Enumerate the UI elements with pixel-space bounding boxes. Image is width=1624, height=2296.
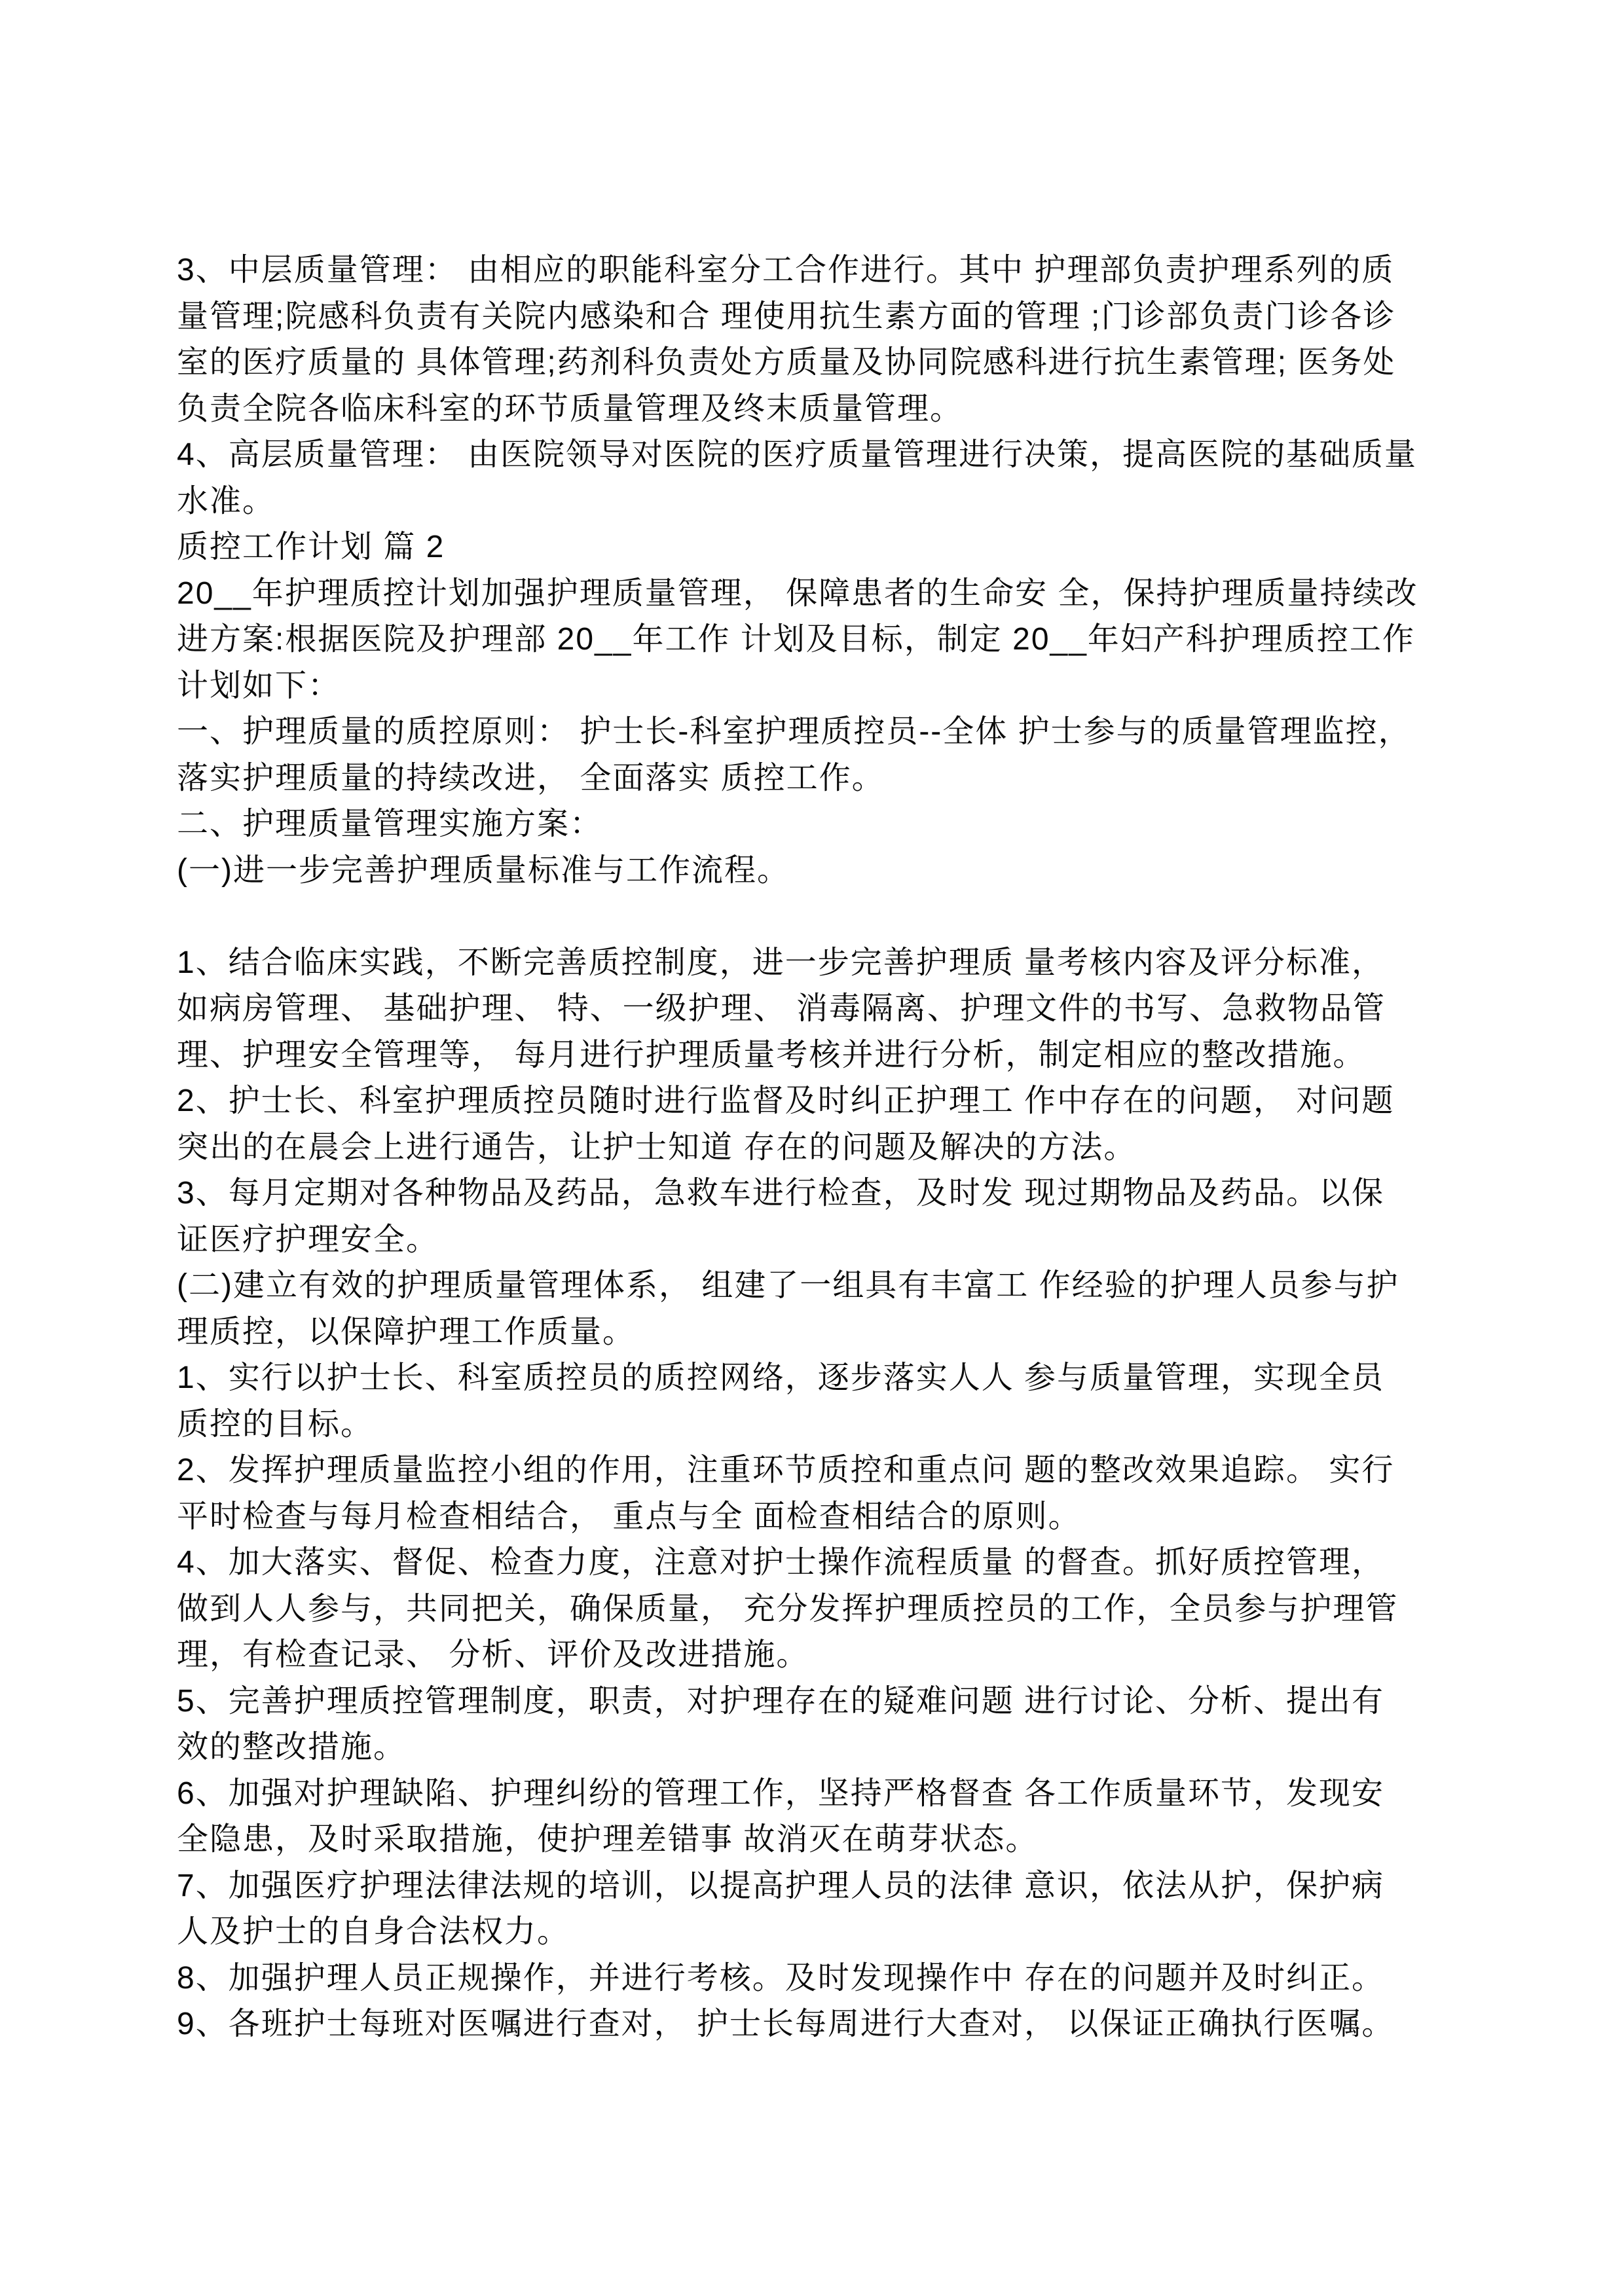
item-3-middle-level-management: 3、中层质量管理： 由相应的职能科室分工合作进行。其中 护理部负责护理系列的质量… [177, 247, 1460, 432]
text-line: 2、发挥护理质量监控小组的作用，注重环节质控和重点问 题的整改效果追踪。 实行 [177, 1448, 1460, 1494]
text-line: 水准。 [177, 479, 1460, 525]
sub1-item-1: 1、结合临床实践，不断完善质控制度，进一步完善护理质 量考核内容及评分标准，如病… [177, 940, 1460, 1079]
text-line: 一、护理质量的质控原则： 护士长-科室护理质控员--全体 护士参与的质量管理监控… [177, 709, 1460, 756]
document-body: 3、中层质量管理： 由相应的职能科室分工合作进行。其中 护理部负责护理系列的质量… [177, 247, 1460, 2048]
section-2-implementation-plan: 二、护理质量管理实施方案： [177, 801, 1460, 848]
item-4-top-level-management: 4、高层质量管理： 由医院领导对医院的医疗质量管理进行决策，提高医院的基础质量水… [177, 432, 1460, 524]
text-line: 平时检查与每月检查相结合， 重点与全 面检查相结合的原则。 [177, 1494, 1460, 1540]
text-line: 5、完善护理质控管理制度，职责，对护理存在的疑难问题 进行讨论、分析、提出有 [177, 1679, 1460, 1725]
page: 3、中层质量管理： 由相应的职能科室分工合作进行。其中 护理部负责护理系列的质量… [0, 0, 1624, 2296]
sub2-item-6: 6、加强对护理缺陷、护理纠纷的管理工作，坚持严格督查 各工作质量环节，发现安全隐… [177, 1771, 1460, 1863]
text-line: 7、加强医疗护理法律法规的培训，以提高护理人员的法律 意识，依法从护，保护病 [177, 1863, 1460, 1910]
text-line [177, 894, 1460, 940]
text-line: 1、结合临床实践，不断完善质控制度，进一步完善护理质 量考核内容及评分标准， [177, 940, 1460, 987]
blank-line-spacer [177, 894, 1460, 940]
sub2-item-2: 2、发挥护理质量监控小组的作用，注重环节质控和重点问 题的整改效果追踪。 实行平… [177, 1448, 1460, 1540]
section-1-qc-principles: 一、护理质量的质控原则： 护士长-科室护理质控员--全体 护士参与的质量管理监控… [177, 709, 1460, 801]
sub1-item-2: 2、护士长、科室护理质控员随时进行监督及时纠正护理工 作中存在的问题， 对问题突… [177, 1078, 1460, 1171]
text-line: (二)建立有效的护理质量管理体系， 组建了一组具有丰富工 作经验的护理人员参与护 [177, 1263, 1460, 1309]
text-line: 质控工作计划 篇 2 [177, 524, 1460, 571]
sub2-item-8: 8、加强护理人员正规操作，并进行考核。及时发现操作中 存在的问题并及时纠正。 [177, 1956, 1460, 2002]
intro-paragraph: 20__年护理质控计划加强护理质量管理， 保障患者的生命安 全，保持护理质量持续… [177, 571, 1460, 710]
text-line: 3、中层质量管理： 由相应的职能科室分工合作进行。其中 护理部负责护理系列的质 [177, 247, 1460, 294]
text-line: 6、加强对护理缺陷、护理纠纷的管理工作，坚持严格督查 各工作质量环节，发现安 [177, 1771, 1460, 1817]
text-line: 突出的在晨会上进行通告，让护士知道 存在的问题及解决的方法。 [177, 1125, 1460, 1171]
text-line: 理、护理安全管理等， 每月进行护理质量考核并进行分析，制定相应的整改措施。 [177, 1032, 1460, 1079]
text-line: 做到人人参与，共同把关，确保质量， 充分发挥护理质控员的工作，全员参与护理管 [177, 1586, 1460, 1633]
sub2-item-9: 9、各班护士每班对医嘱进行查对， 护士长每周进行大查对， 以保证正确执行医嘱。 [177, 2001, 1460, 2048]
text-line: 1、实行以护士长、科室质控员的质控网络，逐步落实人人 参与质量管理，实现全员 [177, 1355, 1460, 1402]
subsection-1-title: (一)进一步完善护理质量标准与工作流程。 [177, 848, 1460, 894]
sub2-item-1: 1、实行以护士长、科室质控员的质控网络，逐步落实人人 参与质量管理，实现全员质控… [177, 1355, 1460, 1448]
text-line: 二、护理质量管理实施方案： [177, 801, 1460, 848]
text-line: 20__年护理质控计划加强护理质量管理， 保障患者的生命安 全，保持护理质量持续… [177, 571, 1460, 617]
text-line: 理质控，以保障护理工作质量。 [177, 1309, 1460, 1356]
text-line: 8、加强护理人员正规操作，并进行考核。及时发现操作中 存在的问题并及时纠正。 [177, 1956, 1460, 2002]
text-line: 3、每月定期对各种物品及药品，急救车进行检查，及时发 现过期物品及药品。以保 [177, 1171, 1460, 1217]
doc-title-part-2: 质控工作计划 篇 2 [177, 524, 1460, 571]
text-line: 证医疗护理安全。 [177, 1217, 1460, 1264]
text-line: 量管理;院感科负责有关院内感染和合 理使用抗生素方面的管理 ;门诊部负责门诊各诊 [177, 294, 1460, 340]
text-line: 计划如下： [177, 663, 1460, 710]
sub2-item-5: 5、完善护理质控管理制度，职责，对护理存在的疑难问题 进行讨论、分析、提出有效的… [177, 1679, 1460, 1771]
sub2-item-7: 7、加强医疗护理法律法规的培训，以提高护理人员的法律 意识，依法从护，保护病人及… [177, 1863, 1460, 1956]
text-line: 进方案:根据医院及护理部 20__年工作 计划及目标，制定 20__年妇产科护理… [177, 617, 1460, 663]
subsection-2-title: (二)建立有效的护理质量管理体系， 组建了一组具有丰富工 作经验的护理人员参与护… [177, 1263, 1460, 1355]
text-line: 2、护士长、科室护理质控员随时进行监督及时纠正护理工 作中存在的问题， 对问题 [177, 1078, 1460, 1125]
text-line: 4、加大落实、督促、检查力度，注意对护士操作流程质量 的督查。抓好质控管理， [177, 1540, 1460, 1586]
sub2-item-4: 4、加大落实、督促、检查力度，注意对护士操作流程质量 的督查。抓好质控管理，做到… [177, 1540, 1460, 1679]
text-line: 4、高层质量管理： 由医院领导对医院的医疗质量管理进行决策，提高医院的基础质量 [177, 432, 1460, 479]
text-line: 效的整改措施。 [177, 1724, 1460, 1771]
text-line: 全隐患，及时采取措施，使护理差错事 故消灭在萌芽状态。 [177, 1817, 1460, 1863]
sub1-item-3: 3、每月定期对各种物品及药品，急救车进行检查，及时发 现过期物品及药品。以保证医… [177, 1171, 1460, 1263]
text-line: 人及护士的自身合法权力。 [177, 1909, 1460, 1956]
text-line: 质控的目标。 [177, 1402, 1460, 1448]
text-line: 如病房管理、 基础护理、 特、一级护理、 消毒隔离、护理文件的书写、急救物品管 [177, 986, 1460, 1032]
text-line: 理，有检查记录、 分析、评价及改进措施。 [177, 1632, 1460, 1679]
text-line: 落实护理质量的持续改进， 全面落实 质控工作。 [177, 756, 1460, 802]
text-line: 负责全院各临床科室的环节质量管理及终末质量管理。 [177, 386, 1460, 433]
text-line: 室的医疗质量的 具体管理;药剂科负责处方质量及协同院感科进行抗生素管理; 医务处 [177, 340, 1460, 386]
text-line: (一)进一步完善护理质量标准与工作流程。 [177, 848, 1460, 894]
text-line: 9、各班护士每班对医嘱进行查对， 护士长每周进行大查对， 以保证正确执行医嘱。 [177, 2001, 1460, 2048]
